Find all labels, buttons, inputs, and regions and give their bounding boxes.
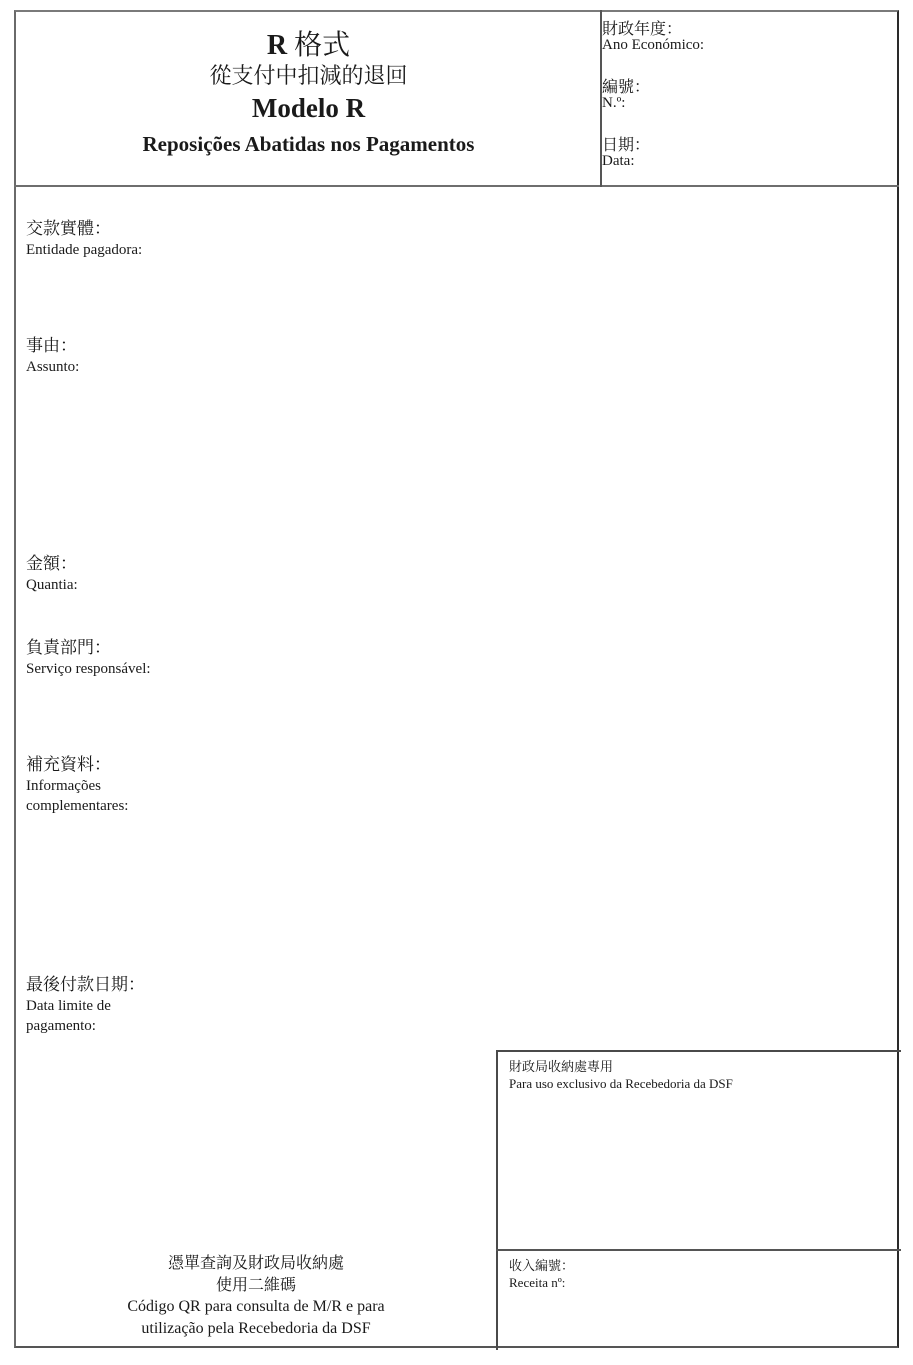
qr-caption-zh-line1: 憑單查詢及財政局收納處 <box>16 1252 496 1274</box>
field-amount[interactable]: 金額： Quantia: <box>26 553 78 595</box>
field-label-pt: Data limite de <box>26 996 145 1016</box>
form-subtitle-zh: 從支付中扣減的退回 <box>16 63 601 91</box>
form-subtitle-pt: Reposições Abatidas nos Pagamentos <box>16 129 601 159</box>
recebedoria-label-pt: Para uso exclusivo da Recebedoria da DSF <box>509 1076 733 1092</box>
qr-caption-pt-line2: utilização pela Recebedoria da DSF <box>16 1318 496 1340</box>
field-complementary-info[interactable]: 補充資料： Informações complementares: <box>26 754 128 816</box>
meta-label-pt: Ano Económico: <box>602 37 704 54</box>
field-receita-number[interactable]: 收入編號： Receita nº: <box>509 1259 574 1291</box>
field-label-pt: Quantia: <box>26 575 78 595</box>
field-label-pt: Serviço responsável: <box>26 659 151 679</box>
meta-number[interactable]: 編號： N.º: <box>602 78 650 112</box>
recebedoria-exclusive-area: 財政局收納處專用 Para uso exclusivo da Recebedor… <box>509 1060 733 1092</box>
field-label-pt: Informações <box>26 776 128 796</box>
field-label-pt: Assunto: <box>26 357 79 377</box>
field-label-zh: 負責部門： <box>26 637 151 659</box>
field-label-zh: 事由： <box>26 335 79 357</box>
recebedoria-label-zh: 財政局收納處專用 <box>509 1060 733 1076</box>
field-label-pt: complementares: <box>26 796 128 816</box>
field-responsible-service[interactable]: 負責部門： Serviço responsável: <box>26 637 151 679</box>
qr-caption-pt-line1: Código QR para consulta de M/R e para <box>16 1296 496 1318</box>
meta-label-zh: 編號： <box>602 78 650 95</box>
field-label-zh: 最後付款日期： <box>26 974 145 996</box>
meta-label-zh: 財政年度： <box>602 20 704 37</box>
title-prefix: R <box>267 30 287 61</box>
recebedoria-box <box>496 1050 901 1350</box>
field-label-pt: pagamento: <box>26 1016 145 1036</box>
field-label-pt: Entidade pagadora: <box>26 240 142 260</box>
qr-caption-zh-line2: 使用二維碼 <box>16 1274 496 1296</box>
title-zh: 格式 <box>294 28 350 61</box>
form-title-zh: R 格式 <box>16 28 601 63</box>
field-paying-entity[interactable]: 交款實體： Entidade pagadora: <box>26 218 142 260</box>
field-label-zh: 補充資料： <box>26 754 128 776</box>
meta-fiscal-year[interactable]: 財政年度： Ano Económico: <box>602 20 704 54</box>
field-payment-deadline[interactable]: 最後付款日期： Data limite de pagamento: <box>26 974 145 1036</box>
form-title-block: R 格式 從支付中扣減的退回 Modelo R Reposições Abati… <box>16 28 601 159</box>
header-divider <box>14 185 899 187</box>
receita-label-zh: 收入編號： <box>509 1259 574 1275</box>
field-label-zh: 金額： <box>26 553 78 575</box>
meta-label-pt: N.º: <box>602 95 650 112</box>
meta-label-zh: 日期： <box>602 136 650 153</box>
form-title-pt: Modelo R <box>16 91 601 125</box>
meta-label-pt: Data: <box>602 153 650 170</box>
field-subject[interactable]: 事由： Assunto: <box>26 335 79 377</box>
field-label-zh: 交款實體： <box>26 218 142 240</box>
qr-code-caption: 憑單查詢及財政局收納處 使用二維碼 Código QR para consult… <box>16 1252 496 1340</box>
meta-date[interactable]: 日期： Data: <box>602 136 650 170</box>
receita-label-pt: Receita nº: <box>509 1275 574 1291</box>
recebedoria-divider <box>496 1249 901 1251</box>
